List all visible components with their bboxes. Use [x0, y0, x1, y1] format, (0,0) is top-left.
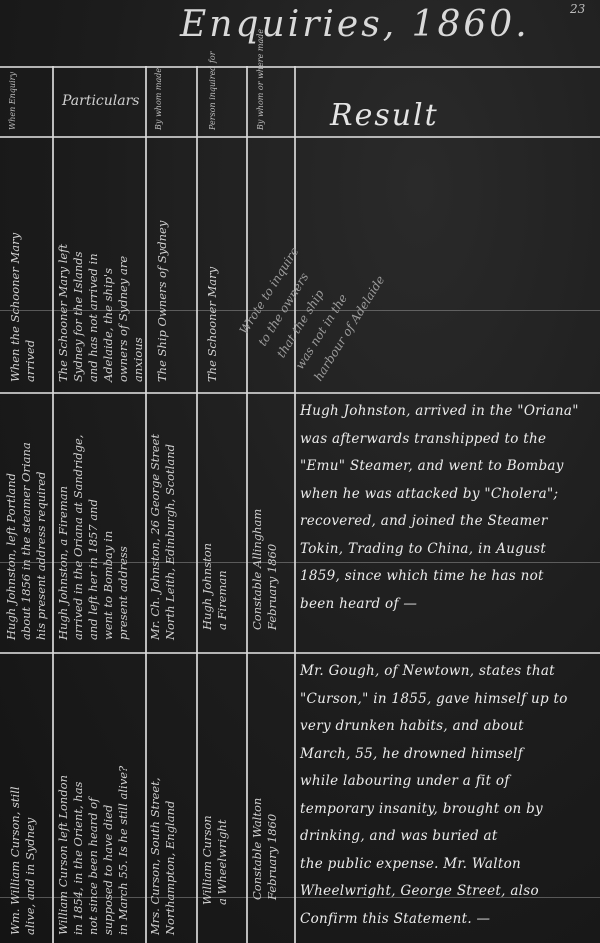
- row1-result-scribble: Wrote to inquire to the owners that the …: [233, 224, 391, 385]
- row3-particulars: William Curson left London in 1854, in t…: [56, 766, 131, 935]
- column-rule: [145, 66, 147, 943]
- row1-by-whom: The Ship Owners of Sydney: [155, 221, 170, 382]
- ledger-page: Enquiries, 1860. 23 When Enquiry Particu…: [0, 0, 600, 943]
- row2-result: Hugh Johnston, arrived in the "Oriana" w…: [300, 398, 590, 618]
- column-header-result: Result: [330, 98, 439, 133]
- column-rule: [294, 66, 296, 943]
- column-header-particulars: Particulars: [62, 93, 140, 109]
- page-number: 23: [570, 2, 585, 16]
- row3-by-whom: Mrs. Curson, South Street, Northampton, …: [148, 777, 178, 935]
- page-title: Enquiries, 1860.: [180, 4, 520, 50]
- header-bottom-rule: [0, 136, 600, 138]
- row-divider-2: [0, 652, 600, 654]
- column-header-where: By whom or where made: [256, 29, 265, 130]
- row2-where: Constable Allingham February 1860: [250, 509, 280, 630]
- row3-result: Mr. Gough, of Newtown, states that "Curs…: [300, 658, 590, 933]
- column-header-when: When Enquiry: [8, 72, 17, 130]
- row3-person: William Curson a Wheelwright: [200, 815, 230, 905]
- row2-particulars: Hugh Johnston, a Fireman arrived in the …: [56, 435, 131, 640]
- column-header-by-whom: By whom made: [154, 68, 163, 130]
- header-top-rule: [0, 66, 600, 68]
- column-rule: [52, 66, 54, 943]
- row1-when: When the Schooner Mary arrived: [8, 233, 38, 382]
- row1-particulars: The Schooner Mary left Sydney for the Is…: [56, 244, 146, 382]
- column-rule: [196, 66, 198, 943]
- row-divider-1: [0, 392, 600, 394]
- row3-when: Wm. William Curson, still alive, and in …: [8, 786, 38, 935]
- column-rule: [246, 66, 248, 943]
- column-header-person: Person inquired for: [208, 51, 217, 130]
- row1-person: The Schooner Mary: [205, 267, 220, 382]
- row2-when: Hugh Johnston, left Portland about 1856 …: [4, 442, 49, 640]
- row3-where: Constable Walton February 1860: [250, 798, 280, 900]
- row2-person: Hugh Johnston a Fireman: [200, 543, 230, 630]
- row2-by-whom: Mr. Ch. Johnston, 26 George Street North…: [148, 434, 178, 640]
